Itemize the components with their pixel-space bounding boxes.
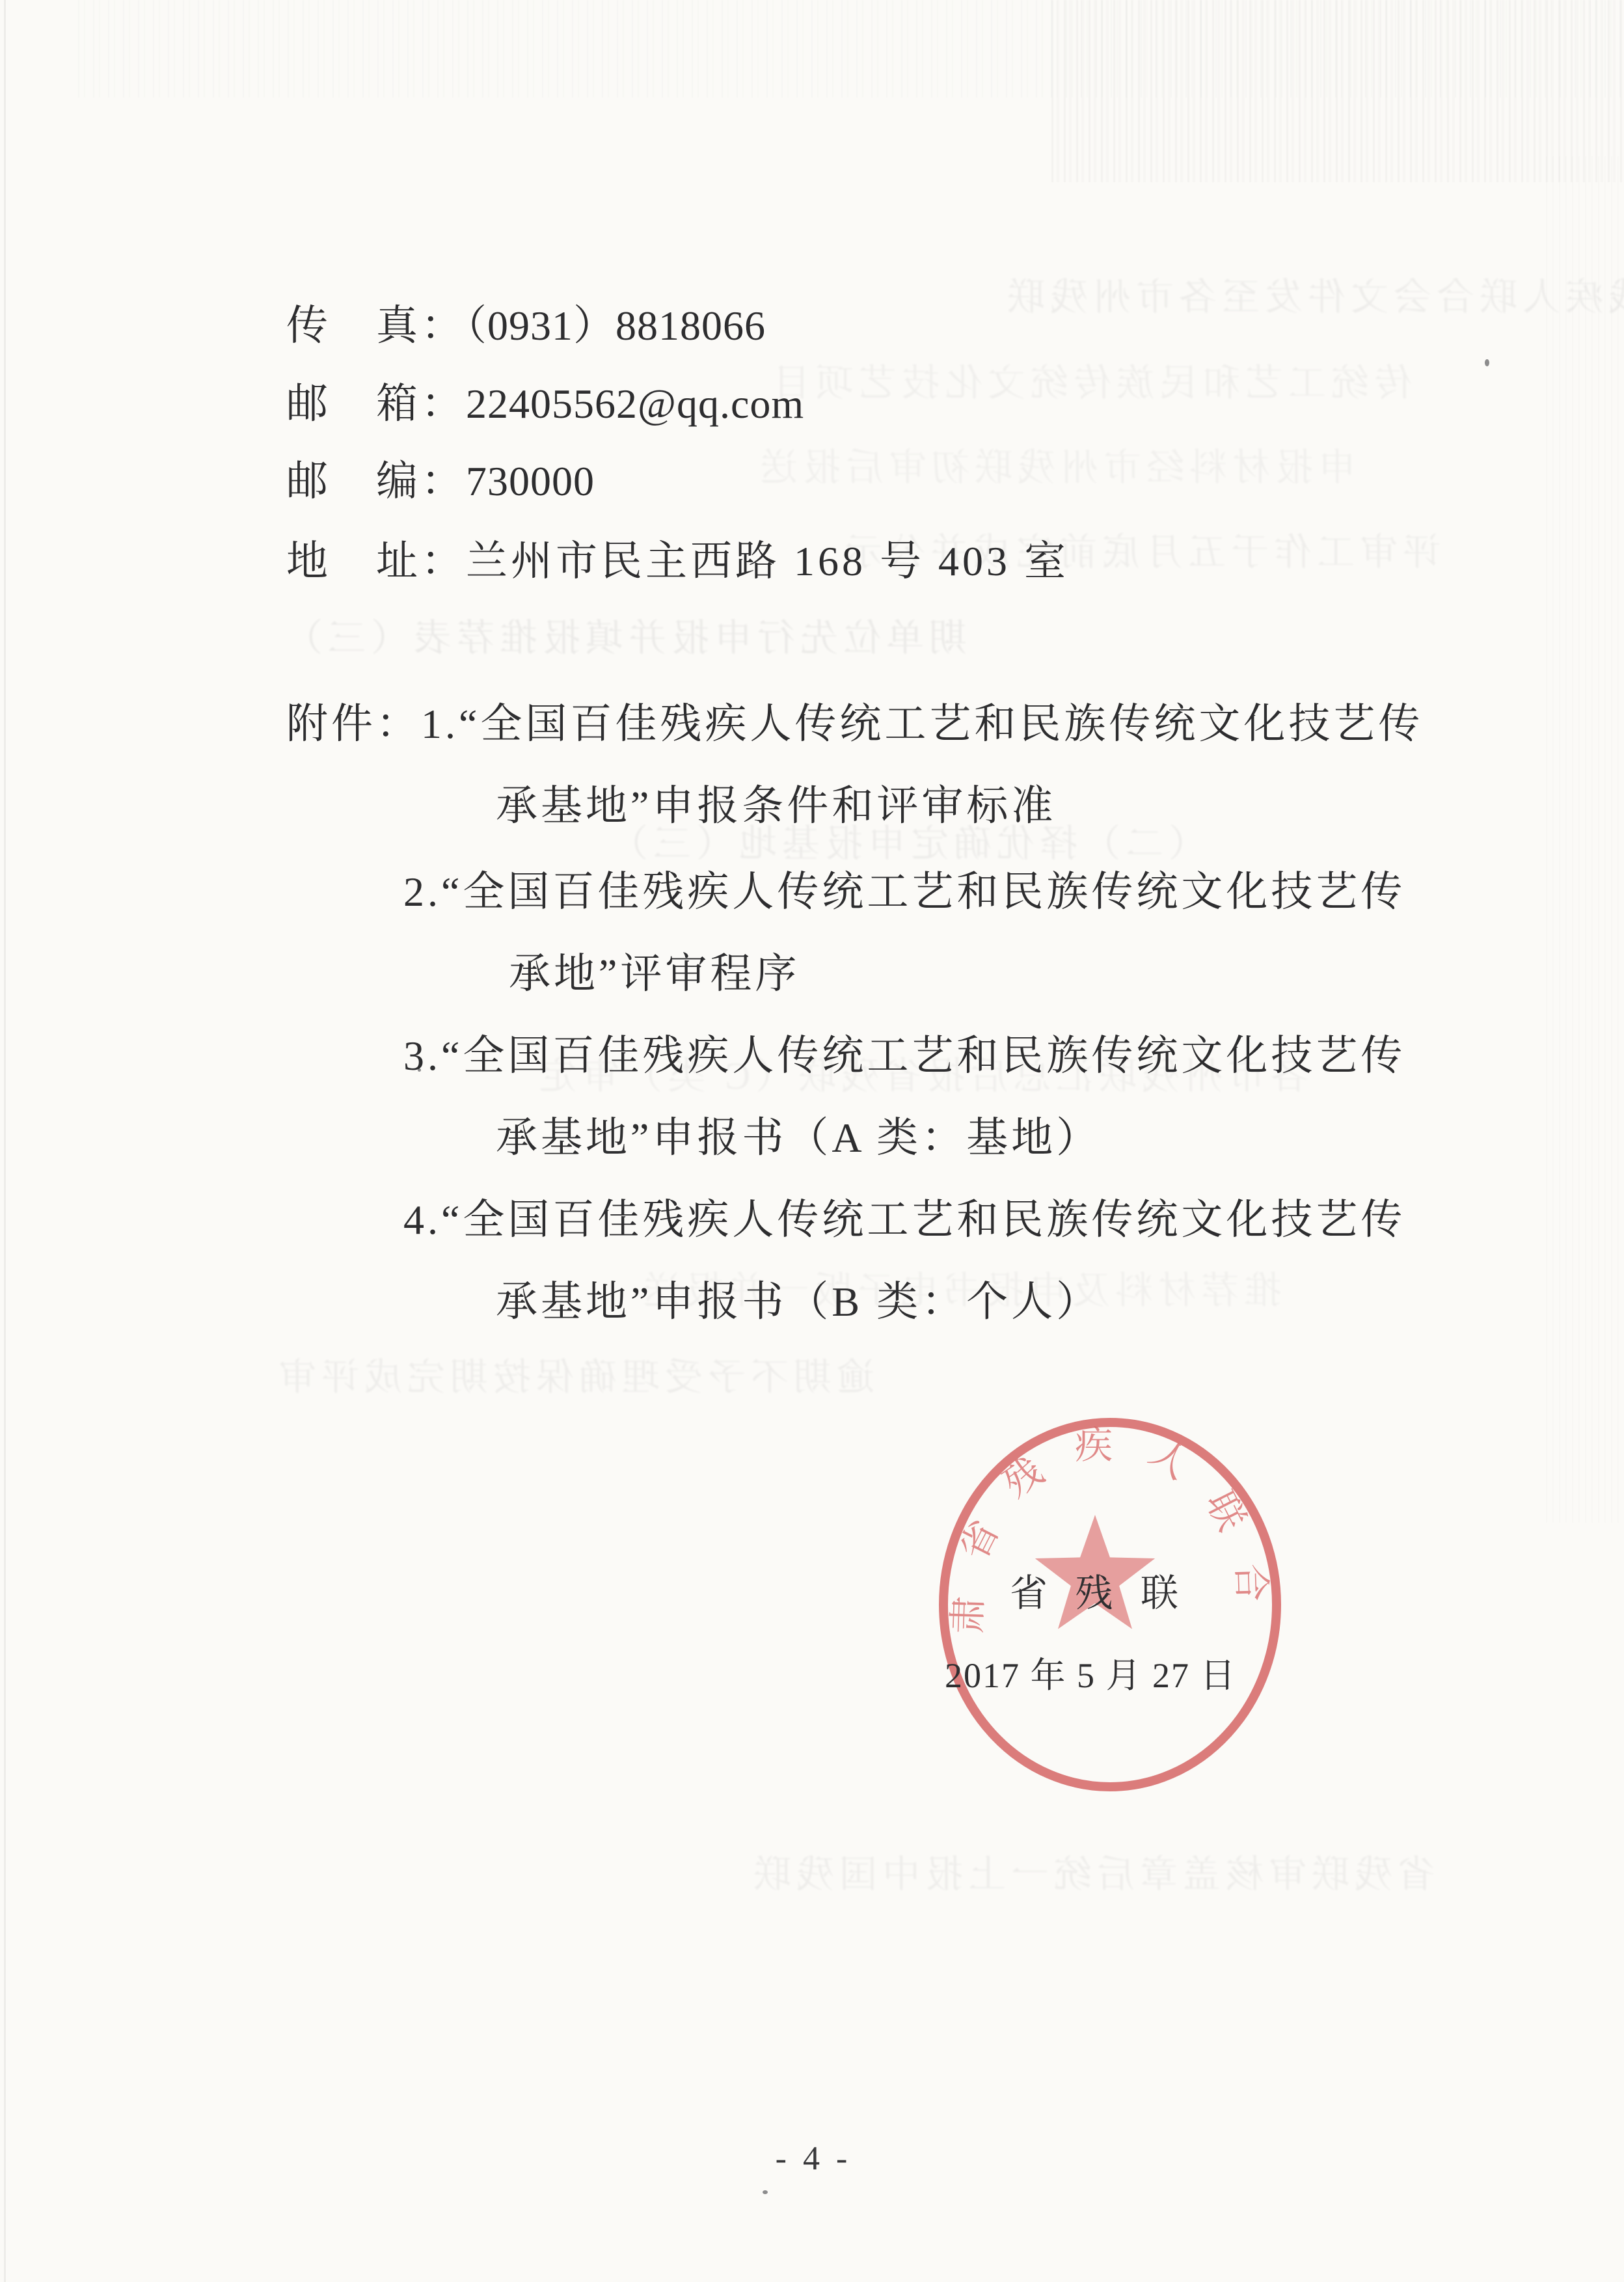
contact-row-email: 邮 箱：22405562@qq.com	[286, 383, 804, 425]
attachment-item-2-line-2: 承地”评审程序	[509, 953, 800, 995]
bleed-through-text: 传统工艺和民族传统文化技艺项目	[768, 364, 1412, 402]
attachment-item-4-line-1: 4.“全国百佳残疾人传统工艺和民族传统文化技艺传	[403, 1199, 1405, 1241]
contact-row-address: 地 址：兰州市民主西路 168 号 403 室	[286, 541, 1069, 582]
attachment-3-number: 3.	[403, 1033, 441, 1079]
signature-org: 省 残 联	[1010, 1575, 1187, 1612]
attachment-2-number: 2.	[403, 869, 441, 915]
email-value: 22405562@qq.com	[466, 381, 804, 427]
attachment-4-title: “全国百佳残疾人传统工艺和民族传统文化技艺传	[441, 1197, 1405, 1243]
contact-row-postcode: 邮 编：730000	[286, 461, 595, 502]
scan-noise-top-right	[1051, 0, 1624, 182]
attachment-item-1-line-2: 承基地”申报条件和评审标准	[496, 785, 1056, 827]
attachment-2-title: “全国百佳残疾人传统工艺和民族传统文化技艺传	[441, 869, 1405, 915]
page-left-edge-shadow	[4, 0, 6, 2282]
attachment-item-3-line-1: 3.“全国百佳残疾人传统工艺和民族传统文化技艺传	[403, 1035, 1405, 1077]
fax-label: 传 真：	[286, 303, 466, 349]
signature-date: 2017 年 5 月 27 日	[945, 1658, 1237, 1693]
attachment-1-number: 1.	[421, 701, 459, 747]
bleed-through-text: （二）择优确定申报基地（三）	[605, 825, 1206, 863]
scanned-document-page: 残疾人联合会文件发至各市州残联 传统工艺和民族传统文化技艺项目 申报材料经市州残…	[0, 0, 1624, 2282]
attachment-1-title: “全国百佳残疾人传统工艺和民族传统文化技艺传	[459, 701, 1423, 747]
address-label: 地 址：	[286, 538, 466, 584]
ink-speck	[763, 2190, 768, 2194]
attachment-item-4-line-2: 承基地”申报书（B 类：个人）	[496, 1281, 1101, 1323]
bleed-through-text: 省残联审核盖章后统一上报中国残联	[748, 1856, 1435, 1894]
postcode-value: 730000	[466, 458, 595, 504]
attachments-intro-label: 附件：	[286, 701, 421, 747]
email-label: 邮 箱：	[286, 381, 466, 427]
attachment-4-number: 4.	[403, 1197, 441, 1243]
attachment-3-title: “全国百佳残疾人传统工艺和民族传统文化技艺传	[441, 1033, 1405, 1079]
fax-value: （0931）8818066	[466, 303, 766, 349]
address-value: 兰州市民主西路 168 号 403 室	[466, 538, 1069, 584]
attachment-item-1-line-1: 附件：1.“全国百佳残疾人传统工艺和民族传统文化技艺传	[286, 703, 1423, 745]
attachment-item-3-line-2: 承基地”申报书（A 类：基地）	[496, 1117, 1101, 1159]
bleed-through-text: 残疾人联合会文件发至各市州残联	[1002, 278, 1624, 316]
bleed-through-text: 逾期不予受理确保按期完成评审	[273, 1359, 874, 1396]
bleed-through-text: 期单位先行申报并填报推荐表（三）	[280, 619, 967, 657]
scan-noise-right-edge	[1546, 156, 1624, 1523]
ink-speck	[1485, 359, 1489, 366]
page-number: - 4 -	[716, 2142, 911, 2176]
postcode-label: 邮 编：	[286, 458, 466, 504]
attachment-item-2-line-1: 2.“全国百佳残疾人传统工艺和民族传统文化技艺传	[403, 871, 1405, 913]
contact-row-fax: 传 真：（0931）8818066	[286, 305, 766, 347]
bleed-through-text: 申报材料经市州残联初审后报送	[755, 449, 1356, 487]
